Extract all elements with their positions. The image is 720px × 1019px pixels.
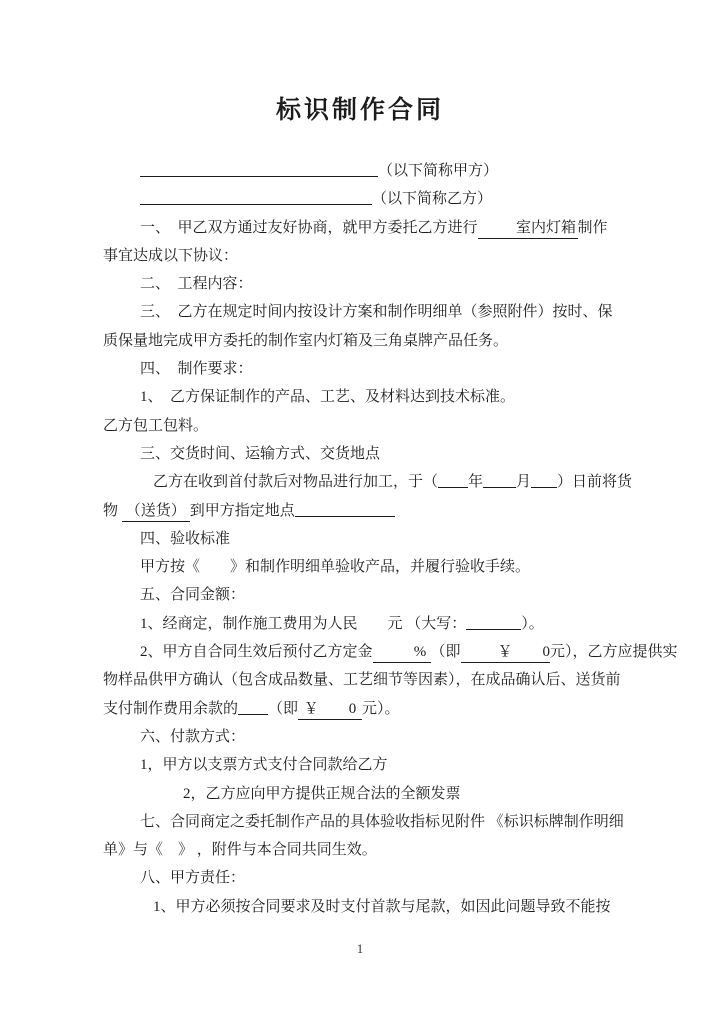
clause3-line1: 三、 乙方在规定时间内按设计方案和制作明细单（参照附件）按时、保 [103, 298, 643, 326]
delivery-method-blank: （送货） [122, 502, 190, 522]
clause2-head: 二、 工程内容： [103, 270, 643, 298]
delivery-line2-pre: 物 [103, 503, 122, 519]
month-blank [483, 472, 516, 488]
clause1-line1: 一、 甲乙双方通过友好协商，就甲方委托乙方进行室内灯箱制作 [103, 214, 643, 242]
delivery-head: 三、交货时间、运输方式、交货地点 [103, 440, 643, 468]
contract-body: （以下简称甲方） （以下简称乙方） 一、 甲乙双方通过友好协商，就甲方委托乙方进… [103, 157, 643, 921]
amount-item2-pre: 2、甲方自合同生效后预付乙方定金 [140, 644, 373, 660]
deposit-percent-blank: % [373, 643, 431, 663]
amount-words-blank [466, 614, 521, 630]
delivery-line1-pre: 乙方在收到首付款后对物品进行加工，于（ [153, 474, 438, 490]
delivery-address-blank [295, 501, 395, 517]
party-a-blank [140, 161, 378, 177]
clause3-line2: 质保量地完成甲方委托的制作室内灯箱及三角桌牌产品任务。 [103, 327, 643, 355]
delivery-line1: 乙方在收到首付款后对物品进行加工，于（年月）日前将货 [103, 468, 643, 496]
amount-item3-post: 元）。 [362, 701, 400, 717]
party-a-label: （以下简称甲方） [378, 163, 498, 179]
amount-item2-mid: （即 [431, 644, 461, 660]
party-b-blank [140, 189, 372, 205]
month-label: 月 [516, 474, 531, 490]
delivery-line1-post: ）日前将货 [557, 474, 632, 490]
clause4-head: 四、 制作要求： [103, 355, 643, 383]
clause8-head: 八、甲方责任： [103, 864, 643, 892]
clause7-line1: 七、合同商定之委托制作产品的具体验收指标见附件 《标识标牌制作明细 [103, 808, 643, 836]
payment-head: 六、付款方式： [103, 723, 643, 751]
contract-title: 标识制作合同 [0, 90, 720, 126]
amount-item2-post: 元），乙方应提供实 [550, 644, 678, 660]
amount-head: 五、合同金额： [103, 581, 643, 609]
amount-item2-line2: 物样品供甲方确认（包含成品数量、工艺细节等因素），在成品确认后、送货前 [103, 666, 643, 694]
amount-item1-post: ）。 [521, 616, 544, 632]
acceptance-head: 四、验收标准 [103, 525, 643, 553]
party-a-line: （以下简称甲方） [103, 157, 643, 185]
balance-percent-blank [238, 699, 268, 715]
document-page: 标识制作合同 （以下简称甲方） （以下简称乙方） 一、 甲乙双方通过友好协商，就… [0, 0, 720, 1019]
balance-amount-blank: ￥ 0 [298, 700, 362, 720]
clause4-item1: 1、 乙方保证制作的产品、工艺、及材料达到技术标准。 [103, 383, 643, 411]
payment-item2: 2，乙方应向甲方提供正规合法的全额发票 [103, 780, 643, 808]
delivery-line2-mid: 到甲方指定地点 [190, 503, 295, 519]
amount-item1: 1、经商定，制作施工费用为人民 元 （大写：）。 [103, 610, 643, 638]
deposit-amount-blank: ￥ 0 [461, 643, 551, 663]
year-label: 年 [468, 474, 483, 490]
clause7-line2: 单》与《 》 ，附件与本合同共同生效。 [103, 836, 643, 864]
delivery-line2: 物 （送货）到甲方指定地点 [103, 497, 643, 525]
clause1-lead: 一、 甲乙双方通过友好协商，就甲方委托乙方进行 [140, 220, 478, 236]
clause4-note: 乙方包工包料。 [103, 412, 643, 440]
day-blank [531, 472, 557, 488]
clause1-tail: 制作 [578, 220, 608, 236]
payment-item1: 1，甲方以支票方式支付合同款给乙方 [103, 751, 643, 779]
clause8-item1: 1、甲方必须按合同要求及时支付首款与尾款，如因此问题导致不能按 [103, 893, 643, 921]
party-b-line: （以下简称乙方） [103, 185, 643, 213]
year-blank [438, 472, 468, 488]
amount-item3-pre: 支付制作费用余款的 [103, 701, 238, 717]
acceptance-body: 甲方按《 》和制作明细单验收产品，并履行验收手续。 [103, 553, 643, 581]
page-number: 1 [0, 941, 720, 957]
amount-item3-line: 支付制作费用余款的（即￥ 0元）。 [103, 695, 643, 723]
amount-item3-mid: （即 [268, 701, 298, 717]
clause1-line2: 事宜达成以下协议： [103, 242, 643, 270]
amount-item1-pre: 1、经商定，制作施工费用为人民 元 （大写： [140, 616, 466, 632]
clause1-filled-blank: 室内灯箱 [478, 219, 578, 239]
amount-item2-line1: 2、甲方自合同生效后预付乙方定金%（即￥ 0元），乙方应提供实 [103, 638, 643, 666]
party-b-label: （以下简称乙方） [372, 191, 492, 207]
